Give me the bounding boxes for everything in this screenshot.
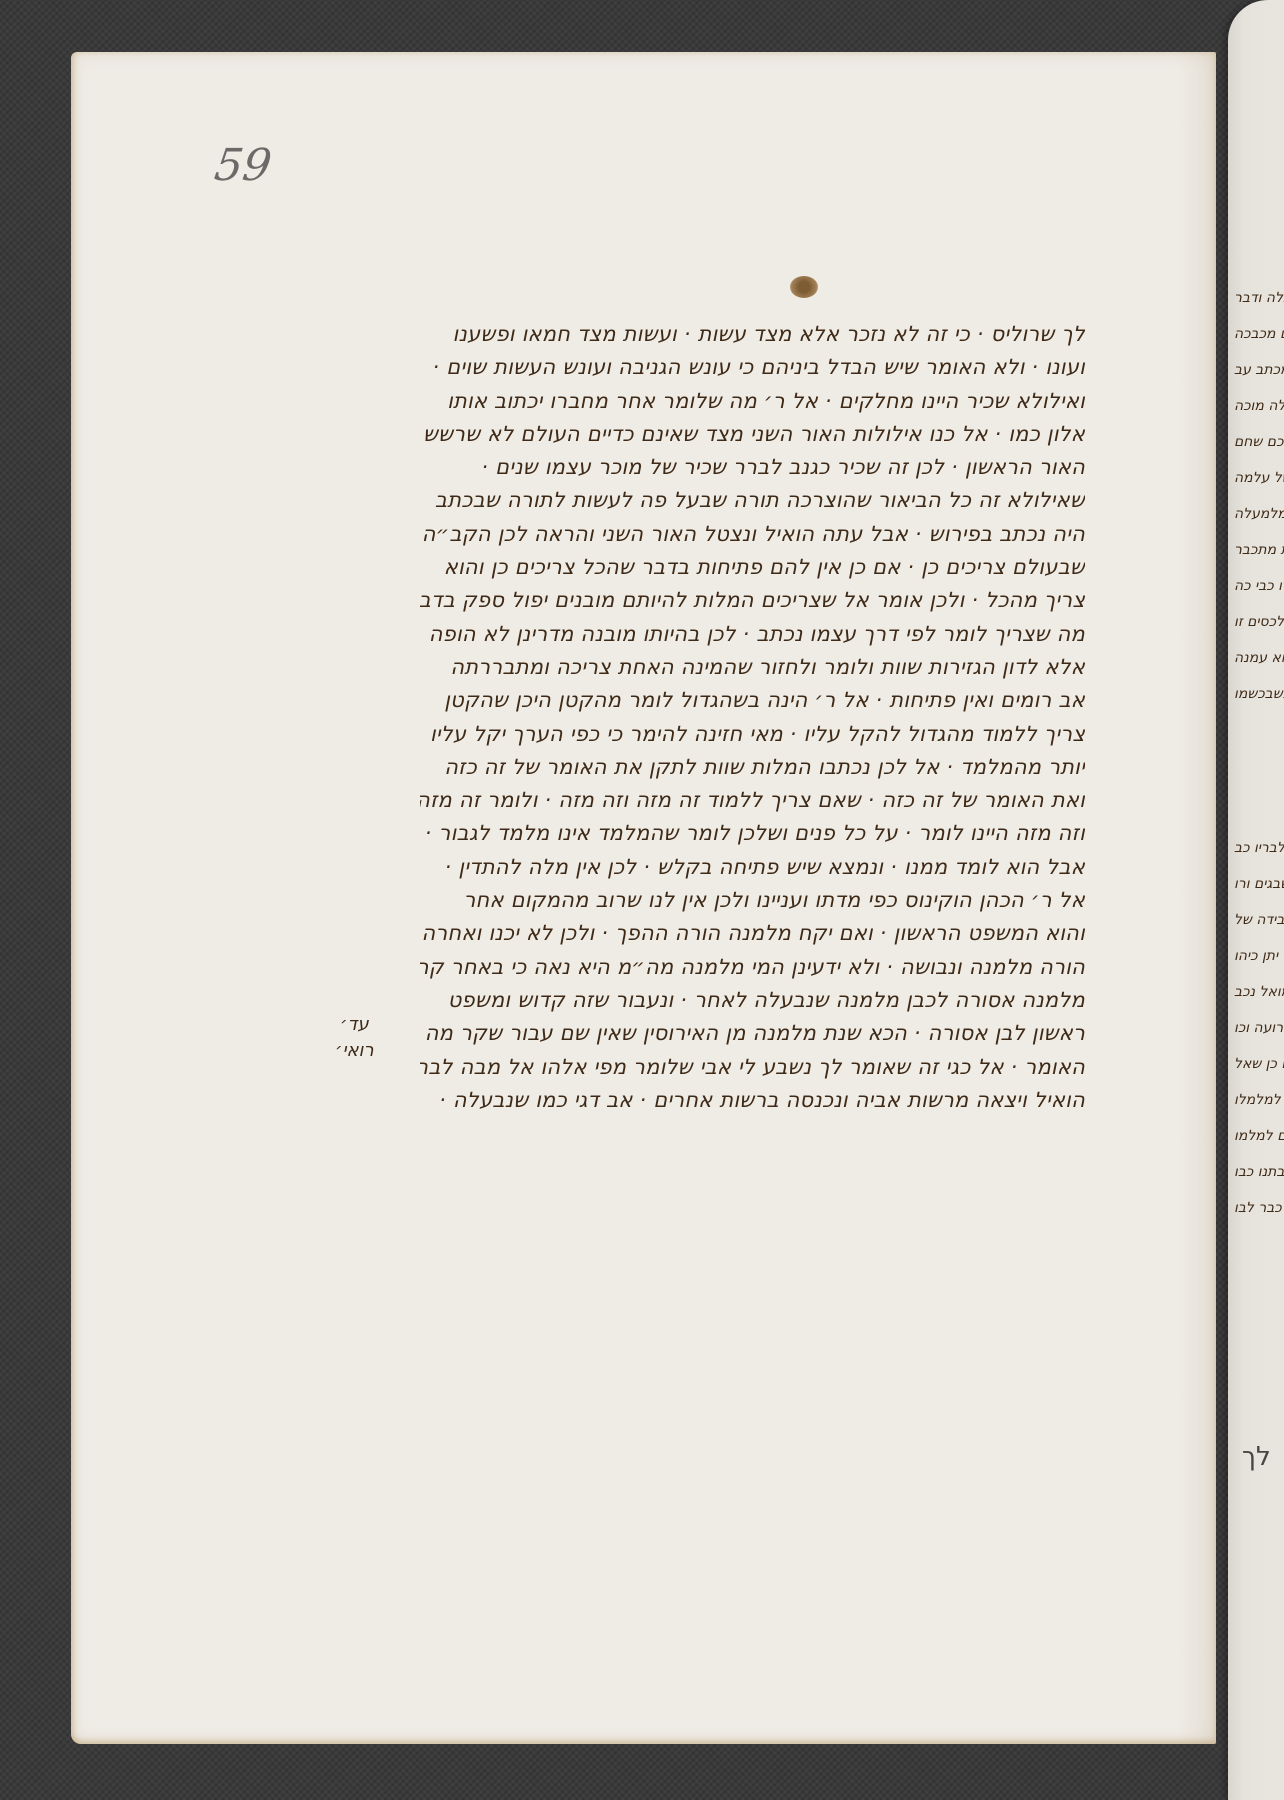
facing-text-line: ע בלו כבר לבו bbox=[1234, 1192, 1284, 1225]
margin-note-line: רואי׳ bbox=[335, 1038, 374, 1064]
facing-text-line: מלמחרועה וכו bbox=[1234, 1012, 1284, 1045]
margin-note: עד׳ רואי׳ bbox=[335, 1012, 374, 1064]
text-line: הואיל ויצאה מרשות אביה ונכנסה ברשות אחרי… bbox=[420, 1084, 1085, 1117]
facing-text-line: ל שמואל נכב bbox=[1234, 976, 1284, 1009]
text-line: שבעולם צריכים כן · אם כן אין להם פתיחות … bbox=[420, 551, 1085, 584]
text-line: הורה מלמנה ונבושה · ולא ידעינן המי מלמנה… bbox=[420, 951, 1085, 984]
text-line: מלמנה אסורה לכבן מלמנה שנבעלה לאחר · ונע… bbox=[420, 984, 1085, 1017]
facing-text-line: כבכמכם שחם bbox=[1234, 426, 1284, 459]
main-text-block: לך שרוליס · כי זה לא נזכר אלא מצד עשות ·… bbox=[420, 318, 1085, 1117]
facing-text-line: שמשה מגלה ודבר bbox=[1234, 282, 1284, 315]
text-line: אבל הוא לומד ממנו · ונמצא שיש פתיחה בקלש… bbox=[420, 851, 1085, 884]
facing-text-line: מתנקה למלמלו bbox=[1234, 1084, 1284, 1117]
text-line: יותר מהמלמד · אל לכן נכתבו המלות שוות לת… bbox=[420, 751, 1085, 784]
facing-text-line: ם דין מלמעלה bbox=[1234, 498, 1284, 531]
text-line: אל ר׳ הכהן הוקינוס כפי מדתו ועניינו ולכן… bbox=[420, 884, 1085, 917]
facing-text-line: ר מלבריו כב bbox=[1234, 832, 1284, 865]
facing-text-line: ש · אם כן שאל bbox=[1234, 1048, 1284, 1081]
facing-text-line: יענה עם למלמו bbox=[1234, 1120, 1284, 1153]
facing-text-line: לשבמלכסים זו bbox=[1234, 606, 1284, 639]
facing-text-line: שמם כבמכתב עב bbox=[1234, 354, 1284, 387]
facing-text-line: בכבכבג של עלמה bbox=[1234, 462, 1284, 495]
text-line: שאילולא זה כל הביאור שהוצרכה תורה שבעל פ… bbox=[420, 484, 1085, 517]
facing-text-line: שמכבכת מתכבר bbox=[1234, 534, 1284, 567]
text-line: אלון כמו · אל כנו אילולות האור השני מצד … bbox=[420, 418, 1085, 451]
margin-note-line: עד׳ bbox=[335, 1012, 374, 1038]
text-line: האור הראשון · לכן זה שכיר כגנב לברר שכיר… bbox=[420, 451, 1085, 484]
facing-page-edge: שמשה מגלה ודברבכשם מכבכהשמם כבמכתב עבולמ… bbox=[1228, 0, 1284, 1800]
text-line: ועונו · ולא האומר שיש הבדל ביניהם כי עונ… bbox=[420, 351, 1085, 384]
text-line: מה שצריך לומר לפי דרך עצמו נכתב · לכן בה… bbox=[420, 618, 1085, 651]
facing-text-line: בכשם מכבכה bbox=[1234, 318, 1284, 351]
text-line: אב רומים ואין פתיחות · אל ר׳ הינה בשהגדו… bbox=[420, 684, 1085, 717]
facing-text-line: שלה יתן כיהו bbox=[1234, 940, 1284, 973]
text-line: והוא המשפט הראשון · ואם יקח מלמנה הורה ה… bbox=[420, 917, 1085, 950]
text-line: ראשון לבן אסורה · הכא שנת מלמנה מן האירו… bbox=[420, 1017, 1085, 1050]
text-line: וזה מזה היינו לומר · על כל פנים ושלכן לו… bbox=[420, 817, 1085, 850]
text-line: ואת האומר של זה כזה · שאם צריך ללמוד זה … bbox=[420, 784, 1085, 817]
text-line: צריך מהכל · ולכן אומר אל שצריכים המלות ל… bbox=[420, 584, 1085, 617]
text-line: ואילולא שכיר היינו מחלקים · אל ר׳ מה שלו… bbox=[420, 385, 1085, 418]
facing-text-line: ערבין לו כבי כה bbox=[1234, 570, 1284, 603]
text-line: היה נכתב בפירוש · אבל עתה הואיל ונצטל הא… bbox=[420, 518, 1085, 551]
facing-text-line: כשבכשמו bbox=[1234, 678, 1284, 711]
text-line: צריך ללמוד מהגדול להקל עליו · מאי חזינה … bbox=[420, 718, 1085, 751]
facing-text-line: רק מבתנו כבו bbox=[1234, 1156, 1284, 1189]
facing-text-line: עם פי בידה של bbox=[1234, 904, 1284, 937]
facing-text-line: לכן כשבגים ורו bbox=[1234, 868, 1284, 901]
facing-text-line: ועמכוא עמנה bbox=[1234, 642, 1284, 675]
text-line: אלא לדון הגזירות שוות ולומר ולחזור שהמינ… bbox=[420, 651, 1085, 684]
ink-stain bbox=[790, 276, 818, 298]
folio-number: 59 bbox=[211, 140, 274, 191]
text-line: האומר · אל כגי זה שאומר לך נשבע לי אבי ש… bbox=[420, 1051, 1085, 1084]
text-line: לך שרוליס · כי זה לא נזכר אלא מצד עשות ·… bbox=[420, 318, 1085, 351]
facing-text-line: ולמעלה מוכה bbox=[1234, 390, 1284, 423]
catchword: לך bbox=[1242, 1442, 1271, 1472]
